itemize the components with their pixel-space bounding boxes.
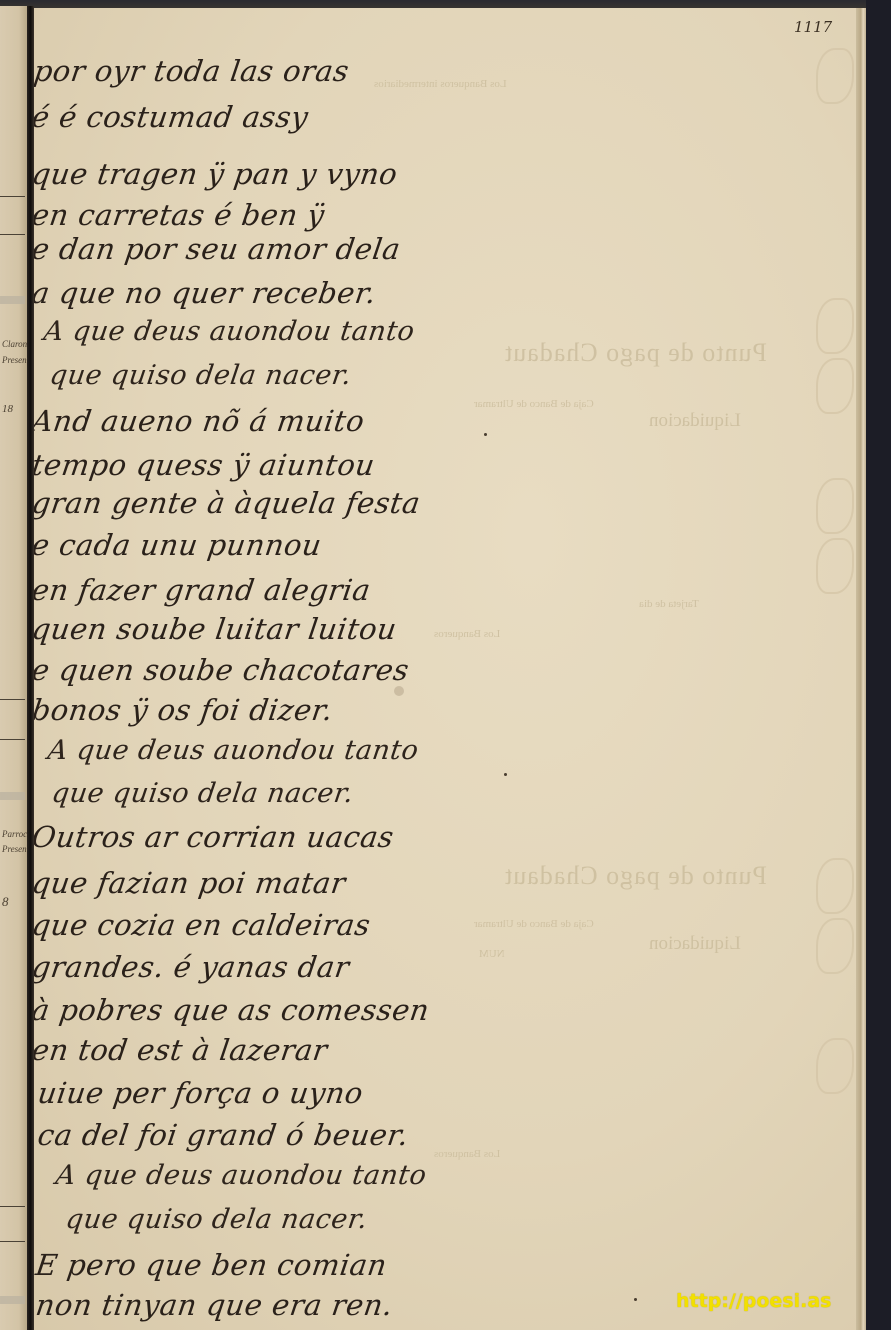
manuscript-line: grandes. é yanas dar	[34, 950, 352, 984]
bleed-through-text: Caja de Banco de Ultramar	[474, 918, 594, 930]
margin-rule	[0, 1206, 25, 1207]
manuscript-line: e cada unu punnou	[34, 528, 324, 562]
bleed-through-text: Tarjeta de dia	[639, 598, 699, 610]
bleed-through-text: NUM	[479, 948, 505, 960]
ornament-bleed	[816, 1038, 854, 1094]
ornament-bleed	[816, 538, 854, 594]
bleed-through-heading: Liquidacion	[649, 933, 741, 955]
refrain-line: A que deus auondou tanto	[54, 1160, 429, 1191]
margin-band	[0, 1296, 25, 1304]
bleed-through-text: Los Banqueros	[434, 628, 500, 640]
ornament-bleed	[816, 858, 854, 914]
bleed-through-heading: Liquidacion	[649, 410, 741, 432]
ornament-bleed	[816, 358, 854, 414]
watermark-url: http://poesi.as	[676, 1290, 831, 1312]
manuscript-line: é é costumad assy	[34, 100, 311, 134]
manuscript-line: bonos ÿ os foi dizer.	[34, 693, 335, 727]
folio-number: 1117	[794, 18, 832, 36]
margin-fragment: 8	[2, 894, 9, 910]
refrain-line: que quiso dela nacer.	[50, 778, 356, 809]
manuscript-page: Los Banqueros intermediarios Punto de pa…	[34, 8, 860, 1330]
scan-background	[866, 0, 891, 1330]
ink-speck	[504, 773, 507, 776]
margin-rule	[0, 234, 25, 235]
manuscript-line: à pobres que as comessen	[34, 993, 432, 1027]
bleed-through-heading: Punto de pago Chadaut	[504, 338, 767, 368]
ink-speck	[634, 1298, 637, 1301]
manuscript-line: tempo quess ÿ aiuntou	[34, 448, 377, 482]
refrain-line: A que deus auondou tanto	[42, 316, 417, 347]
manuscript-line: quen soube luitar luitou	[34, 612, 399, 646]
margin-rule	[0, 196, 25, 197]
manuscript-line: a que no quer receber.	[34, 276, 378, 310]
manuscript-line: que cozia en caldeiras	[34, 908, 373, 942]
ornament-bleed	[816, 298, 854, 354]
foxing-spot	[394, 686, 404, 696]
manuscript-line: que fazian poi matar	[34, 866, 348, 900]
manuscript-line: por oyr toda las oras	[34, 54, 351, 88]
ink-speck	[484, 433, 487, 436]
manuscript-line: en fazer grand alegria	[34, 573, 373, 607]
refrain-line: que quiso dela nacer.	[48, 360, 354, 391]
ornament-bleed	[816, 478, 854, 534]
bleed-through-heading: Punto de pago Chadaut	[504, 861, 767, 891]
ornament-bleed	[816, 48, 854, 104]
bleed-through-text: Caja de Banco de Ultramar	[474, 398, 594, 410]
refrain-line: que quiso dela nacer.	[64, 1204, 370, 1235]
margin-fragment: 18	[2, 403, 13, 415]
manuscript-line: uiue per força o uyno	[36, 1076, 366, 1110]
manuscript-line: ca del foi grand ó beuer.	[36, 1118, 411, 1152]
refrain-line: A que deus auondou tanto	[46, 735, 421, 766]
margin-band	[0, 792, 25, 800]
manuscript-line: e quen soube chacotares	[34, 653, 411, 687]
bleed-through-text: Los Banqueros	[434, 1148, 500, 1160]
manuscript-line: en tod est à lazerar	[34, 1033, 330, 1067]
manuscript-line: gran gente à àquela festa	[34, 486, 423, 520]
book-gutter	[27, 6, 34, 1330]
margin-band	[0, 296, 25, 304]
margin-fragment: Parroc	[2, 829, 27, 839]
left-page-margin: Clarone Presente 18 Parroc Presente 8	[0, 6, 27, 1330]
manuscript-line: que tragen ÿ pan y vyno	[34, 157, 400, 191]
bleed-through-text: Los Banqueros intermediarios	[374, 78, 507, 90]
ornament-bleed	[816, 918, 854, 974]
manuscript-line: Outros ar corrian uacas	[34, 820, 396, 854]
manuscript-line: non tinyan que era ren.	[34, 1288, 395, 1322]
manuscript-line: e dan por seu amor dela	[34, 232, 403, 266]
manuscript-line: And aueno nõ á muito	[34, 404, 367, 438]
margin-rule	[0, 739, 25, 740]
margin-rule	[0, 1241, 25, 1242]
manuscript-line: E pero que ben comian	[34, 1248, 389, 1282]
margin-rule	[0, 699, 25, 700]
manuscript-line: en carretas é ben ÿ	[34, 198, 327, 232]
